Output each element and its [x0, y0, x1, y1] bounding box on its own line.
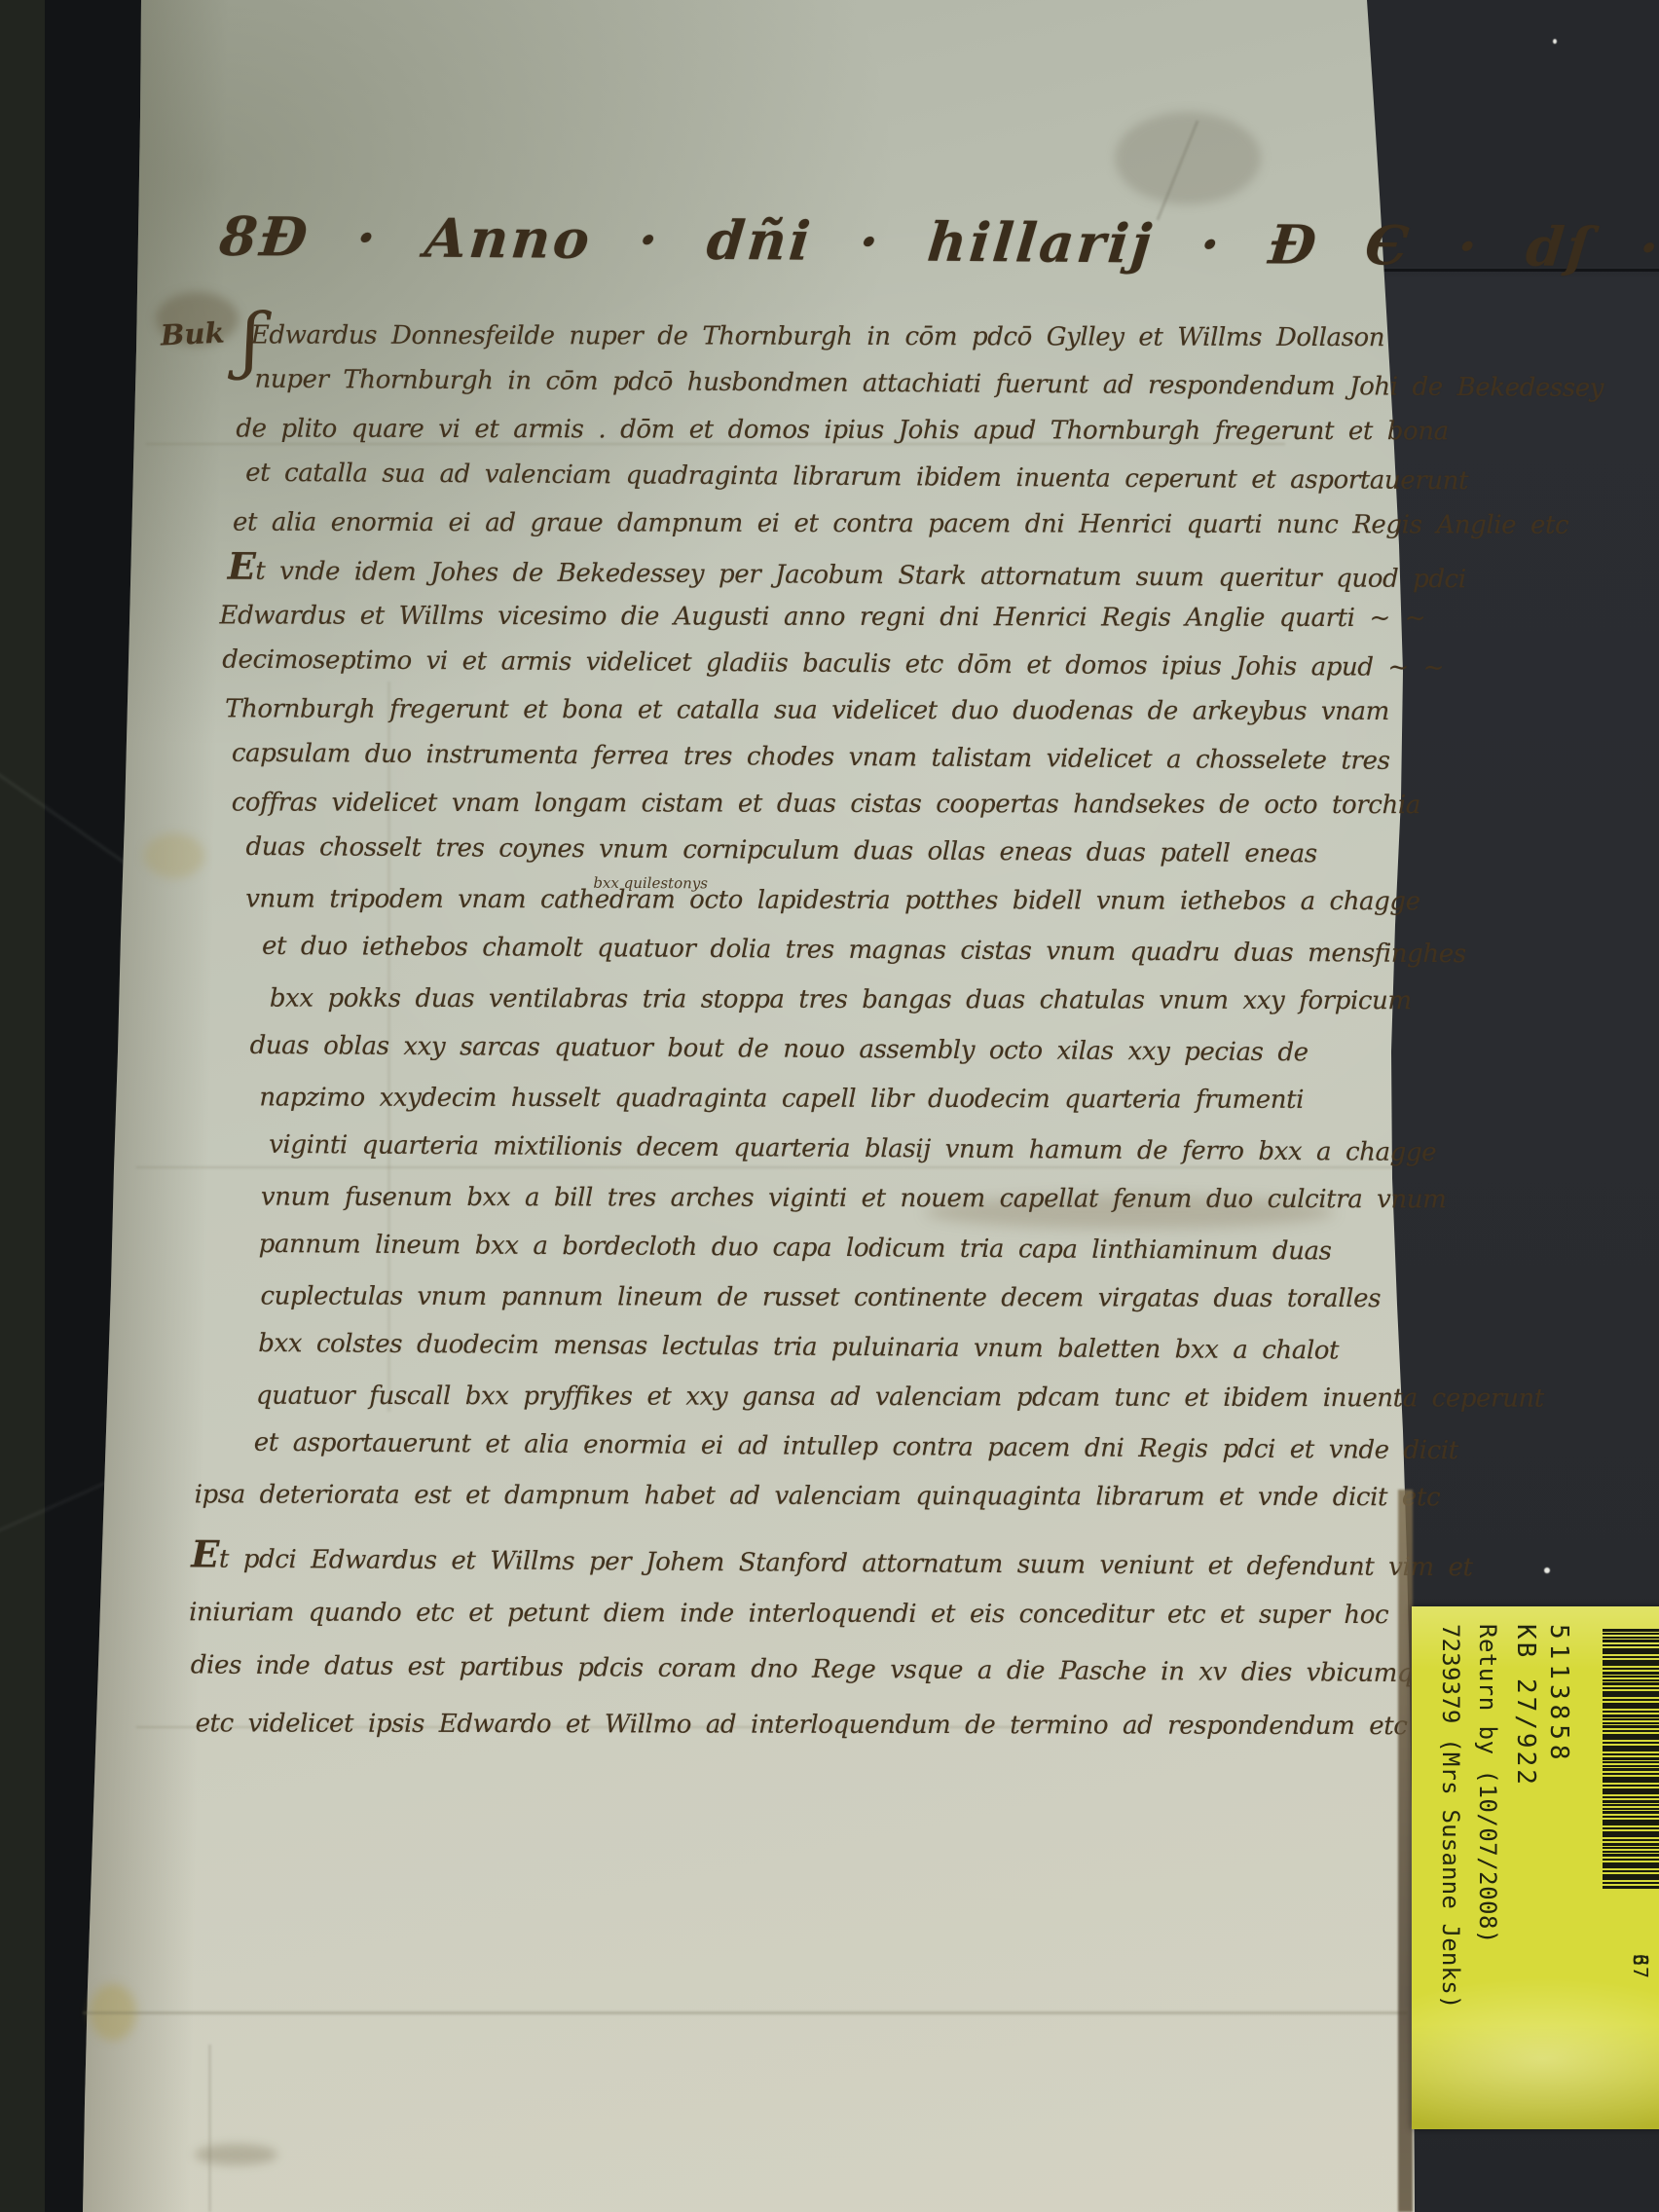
barcode-icon [1603, 1629, 1659, 1889]
manuscript-line: iniuriam quando etc et petunt diem inde … [189, 1596, 1388, 1632]
manuscript-line: vnum tripodem vnam cathedram octo lapide… [245, 882, 1419, 918]
manuscript-line: bxx colstes duodecim mensas lectulas tri… [258, 1327, 1339, 1368]
manuscript-line: coffras videlicet vnam longam cistam et … [232, 786, 1420, 822]
manuscript-line: ipsa deteriorata est et dampnum habet ad… [195, 1478, 1441, 1514]
manuscript-line: Et vnde idem Johes de Bekedessey per Jac… [228, 550, 1466, 597]
manuscript-line: et duo iethebos chamolt quatuor dolia tr… [262, 930, 1466, 971]
manuscript-line: quatuor fuscall bxx pryffikes et xxy gan… [256, 1380, 1544, 1416]
manuscript-line: duas chosselt tres coynes vnum cornipcul… [245, 830, 1316, 870]
manuscript-line: Edwardus Donnesfeilde nuper de Thornburg… [251, 318, 1384, 354]
manuscript-line: Edwardus et Willms vicesimo die Augusti … [220, 599, 1426, 635]
manuscript-line: viginti quarteria mixtilionis decem quar… [269, 1128, 1436, 1169]
reader-name: 7239379 (Mrs Susanne Jenks) [1437, 1624, 1464, 2009]
request-number: 5113858 [1544, 1624, 1573, 1765]
term-heading: 8Ð · Anno · dñi · hillarij · Ð Є · dſ · … [214, 188, 1659, 309]
manuscript-line: Et pdci Edwardus et Willms per Johem Sta… [191, 1537, 1473, 1584]
document-reference: KB 27/922 [1511, 1624, 1540, 1788]
manuscript-line: dies inde datus est partibus pdcis coram… [191, 1648, 1444, 1690]
manuscript-line: duas oblas xxy sarcas quatuor bout de no… [250, 1029, 1309, 1069]
parchment-rolled-edge [1398, 1490, 1413, 2212]
dust-speck [1553, 39, 1557, 44]
manuscript-line: etc videlicet ipsis Edwardo et Willmo ad… [196, 1707, 1408, 1743]
manuscript-line: cuplectulas vnum pannum lineum de russet… [260, 1280, 1381, 1316]
seat-number-row: 37 [1628, 1954, 1653, 1979]
manuscript-line: et alia enormia ei ad graue dampnum ei e… [233, 506, 1568, 542]
manuscript-line: de plito quare vi et armis . dōm et domo… [236, 412, 1448, 448]
manuscript-line: et asportauerunt et alia enormia ei ad i… [254, 1426, 1458, 1467]
county-marginal-note: Buk [160, 315, 225, 351]
manuscript-line: pannum lineum bxx a bordecloth duo capa … [259, 1228, 1332, 1268]
dust-speck [1544, 1567, 1550, 1573]
manuscript-line: vnum fusenum bxx a bill tres arches vigi… [261, 1181, 1447, 1217]
manuscript-line: decimoseptimo vi et armis videlicet glad… [222, 644, 1444, 685]
photograph: 8Ð · Anno · dñi · hillarij · Ð Є · dſ · … [0, 0, 1659, 2212]
manuscript-line: capsulam duo instrumenta ferrea tres cho… [232, 737, 1390, 778]
manuscript-line: nuper Thornburgh in cōm pdcō husbondmen … [254, 363, 1604, 405]
archive-request-label: 6 C 37 5113858 KB 27/922 Return by (10/0… [1412, 1606, 1659, 2129]
manuscript-line: napzimo xxydecim husselt quadraginta cap… [259, 1081, 1304, 1116]
manuscript-line: et catalla sua ad valenciam quadraginta … [245, 457, 1468, 498]
return-by-date: Return by (10/07/2008) [1474, 1624, 1501, 1944]
manuscript-line: Thornburgh fregerunt et bona et catalla … [225, 692, 1389, 728]
manuscript-line: bxx pokks duas ventilabras tria stoppa t… [270, 982, 1412, 1018]
archive-request-label-face: 6 C 37 5113858 KB 27/922 Return by (10/0… [1412, 1606, 1659, 2129]
